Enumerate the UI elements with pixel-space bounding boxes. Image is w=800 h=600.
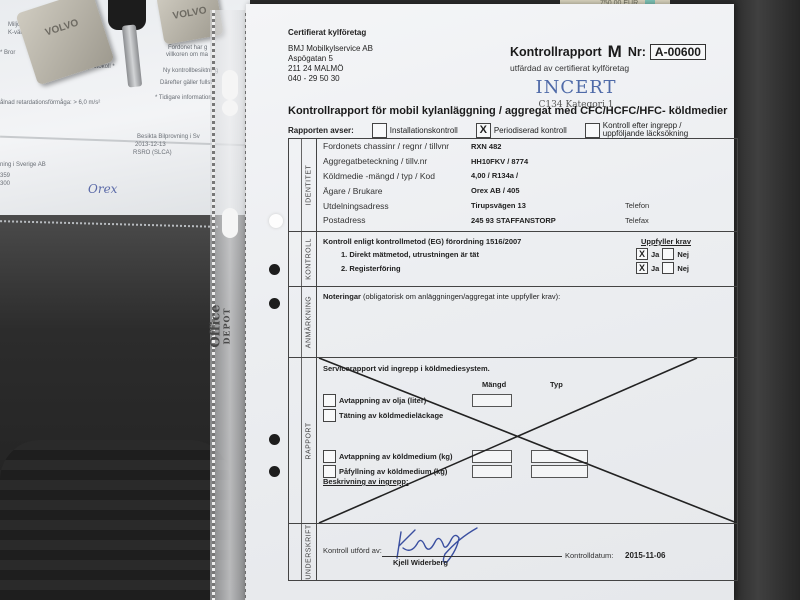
section-tab (289, 232, 302, 286)
control-date-label: Kontrolldatum: (565, 551, 613, 560)
identity-row: Ägare / Brukare Orex AB / 405 (317, 183, 737, 198)
requirement-heading: Uppfyller krav (641, 237, 691, 246)
crossed-out-mark (317, 358, 737, 523)
control-item-label: 1. Direkt mätmetod, utrustningen är tät (341, 250, 479, 259)
report-letter: M (608, 42, 622, 62)
control-item: 1. Direkt mätmetod, utrustningen är tät … (317, 246, 737, 260)
section-label: IDENTITET (302, 139, 317, 231)
no-label: Nej (677, 250, 689, 259)
bg-text: Besikta Bilprovning i Sv (137, 134, 200, 140)
company-label: Certifierat kylföretag (288, 28, 373, 38)
field-value[interactable]: Tirupsvägen 13 (471, 201, 601, 210)
punch-hole (269, 214, 283, 228)
control-item-label: 2. Registerföring (341, 264, 401, 273)
identity-fields: Fordonets chassinr / regnr / tillvnr RXN… (317, 139, 737, 231)
field-value[interactable]: HH10FKV / 8774 (471, 157, 601, 166)
field-value[interactable]: 245 93 STAFFANSTORP (471, 216, 601, 225)
bg-text: RSRO (SLCA) (133, 150, 172, 156)
section-tab (289, 524, 302, 580)
section-label-text: IDENTITET (306, 165, 313, 206)
option-label: Periodiserad kontroll (494, 126, 567, 135)
stamp-name: INCERT (496, 77, 656, 98)
company-phone: 040 - 29 50 30 (288, 74, 373, 84)
installation-checkbox[interactable] (372, 123, 387, 138)
field-value[interactable]: Orex AB / 405 (471, 186, 601, 195)
bg-text: Fordonet har g (168, 45, 207, 51)
follow-up-checkbox[interactable] (585, 123, 600, 138)
section-service-report: RAPPORT Servicerapport vid ingrepp i köl… (289, 358, 737, 524)
field-label: Ägare / Brukare (317, 186, 471, 196)
section-control: KONTROLL Kontroll enligt kontrollmetod (… (289, 232, 737, 287)
report-number: A-00600 (650, 44, 706, 60)
section-label-text: KONTROLL (306, 238, 313, 280)
control-heading: Kontroll enligt kontrollmetod (EG) föror… (323, 237, 521, 246)
report-number-label: Nr: (628, 45, 646, 59)
yes-label: Ja (651, 264, 659, 273)
signature-fields: Kontroll utförd av: Kjell Widerberg Kont… (317, 524, 737, 578)
section-label: UNDERSKRIFT (302, 524, 317, 580)
no-checkbox[interactable] (662, 262, 674, 274)
field-value[interactable]: 4,00 / R134a / (471, 171, 601, 180)
handwritten-note: Orex (88, 182, 117, 196)
field-label: Utdelningsadress (317, 201, 471, 211)
field-label: Aggregatbeteckning / tillv.nr (317, 156, 471, 166)
remarks-field[interactable]: Noteringar (obligatorisk om anläggningen… (317, 287, 737, 357)
yes-label: Ja (651, 250, 659, 259)
bg-text: 2013-12-13 (135, 142, 166, 148)
field-label: Köldmedie -mängd / typ / Kod (317, 171, 471, 181)
bg-text: 359 (0, 173, 10, 179)
field-extra: Telefax (601, 216, 649, 225)
control-report-form: Certifierat kylföretag BMJ Mobilkylservi… (246, 4, 734, 600)
seat-fabric (730, 0, 800, 600)
report-type-option[interactable]: Installationskontroll (372, 123, 458, 138)
yes-checkbox[interactable]: X (636, 248, 648, 260)
section-signature: UNDERSKRIFT Kontroll utförd av: Kjell Wi… (289, 524, 737, 580)
identity-row: Postadress 245 93 STAFFANSTORP Telefax (317, 213, 737, 228)
bg-text: * Bror (0, 50, 15, 56)
identity-row: Fordonets chassinr / regnr / tillvnr RXN… (317, 139, 737, 154)
bg-text: ning i Sverige AB (0, 162, 46, 168)
company-city: 211 24 MALMÖ (288, 64, 373, 74)
punch-hole (269, 264, 280, 275)
bg-text: * Tidigare information (155, 95, 212, 101)
option-label: Kontroll efter ingrepp / uppföljande läc… (603, 122, 693, 138)
identity-row: Köldmedie -mängd / typ / Kod 4,00 / R134… (317, 169, 737, 184)
bg-text: 300 (0, 181, 10, 187)
remarks-hint: (obligatorisk om anläggningen/aggregat i… (363, 292, 560, 301)
brand-line-2: DEPOT (222, 304, 233, 347)
section-label: KONTROLL (302, 232, 317, 286)
inspector-name: Kjell Widerberg (393, 558, 448, 567)
control-date: 2015-11-06 (625, 551, 665, 560)
sleeve-slot (222, 208, 238, 238)
section-tab (289, 139, 302, 231)
section-label: ANMÄRKNING (302, 287, 317, 357)
control-item: 2. Registerföring X Ja Nej (317, 260, 737, 274)
sleeve-slot (222, 100, 238, 116)
field-label: Postadress (317, 215, 471, 225)
company-name: BMJ Mobilkylservice AB (288, 44, 373, 54)
punch-hole (269, 434, 280, 445)
report-table: IDENTITET Fordonets chassinr / regnr / t… (288, 138, 738, 581)
company-street: Aspögatan 5 (288, 54, 373, 64)
section-label-text: RAPPORT (306, 422, 313, 459)
performed-by-label: Kontroll utförd av: (323, 546, 382, 555)
report-type-label: Rapporten avser: (288, 126, 354, 135)
field-label: Fordonets chassinr / regnr / tillvnr (317, 141, 471, 151)
section-label: RAPPORT (302, 358, 317, 523)
bg-text: Därefter gäller fullst (160, 80, 212, 86)
control-fields: Kontroll enligt kontrollmetod (EG) föror… (317, 232, 737, 286)
option-label: Installationskontroll (390, 126, 458, 135)
report-header: Kontrollrapport M Nr: A-00600 utfärdad a… (510, 42, 720, 73)
form-title: Kontrollrapport för mobil kylanläggning … (288, 105, 727, 117)
office-depot-logo: Office DEPOT (211, 304, 233, 347)
signature-line (382, 556, 562, 557)
no-checkbox[interactable] (662, 248, 674, 260)
certified-company-block: Certifierat kylföretag BMJ Mobilkylservi… (288, 28, 373, 84)
section-remarks: ANMÄRKNING Noteringar (obligatorisk om a… (289, 287, 737, 358)
no-label: Nej (677, 264, 689, 273)
issued-by-text: utfärdad av certifierat kylföretag (510, 63, 720, 73)
section-tab (289, 287, 302, 357)
key-tag-text: VOLVO (22, 10, 101, 45)
punch-hole (269, 466, 280, 477)
identity-row: Aggregatbeteckning / tillv.nr HH10FKV / … (317, 154, 737, 169)
floor-mat (0, 440, 230, 600)
punch-hole (269, 298, 280, 309)
periodic-checkbox[interactable]: X (476, 123, 491, 138)
report-type-row: Rapporten avser: Installationskontroll X… (288, 122, 728, 138)
field-extra: Telefon (601, 201, 649, 210)
yes-checkbox[interactable]: X (636, 262, 648, 274)
report-type-option[interactable]: Kontroll efter ingrepp / uppföljande läc… (585, 122, 693, 138)
section-tab (289, 358, 302, 523)
service-fields: Servicerapport vid ingrepp i köldmediesy… (317, 358, 737, 523)
sleeve-slot (222, 70, 238, 100)
section-label-text: UNDERSKRIFT (306, 524, 313, 579)
section-label-text: ANMÄRKNING (306, 296, 313, 348)
plastic-sleeve-binding-strip: Office DEPOT (210, 10, 250, 600)
report-type-option[interactable]: X Periodiserad kontroll (476, 123, 567, 138)
report-title: Kontrollrapport (510, 45, 602, 59)
remarks-label: Noteringar (323, 292, 361, 301)
bg-text: villkoren om ma (166, 52, 208, 58)
identity-row: Utdelningsadress Tirupsvägen 13 Telefon (317, 198, 737, 213)
field-value[interactable]: RXN 482 (471, 142, 601, 151)
bg-text: ålnad retardationsförmåga: > 6,0 m/s² (0, 100, 100, 106)
section-identity: IDENTITET Fordonets chassinr / regnr / t… (289, 139, 737, 232)
